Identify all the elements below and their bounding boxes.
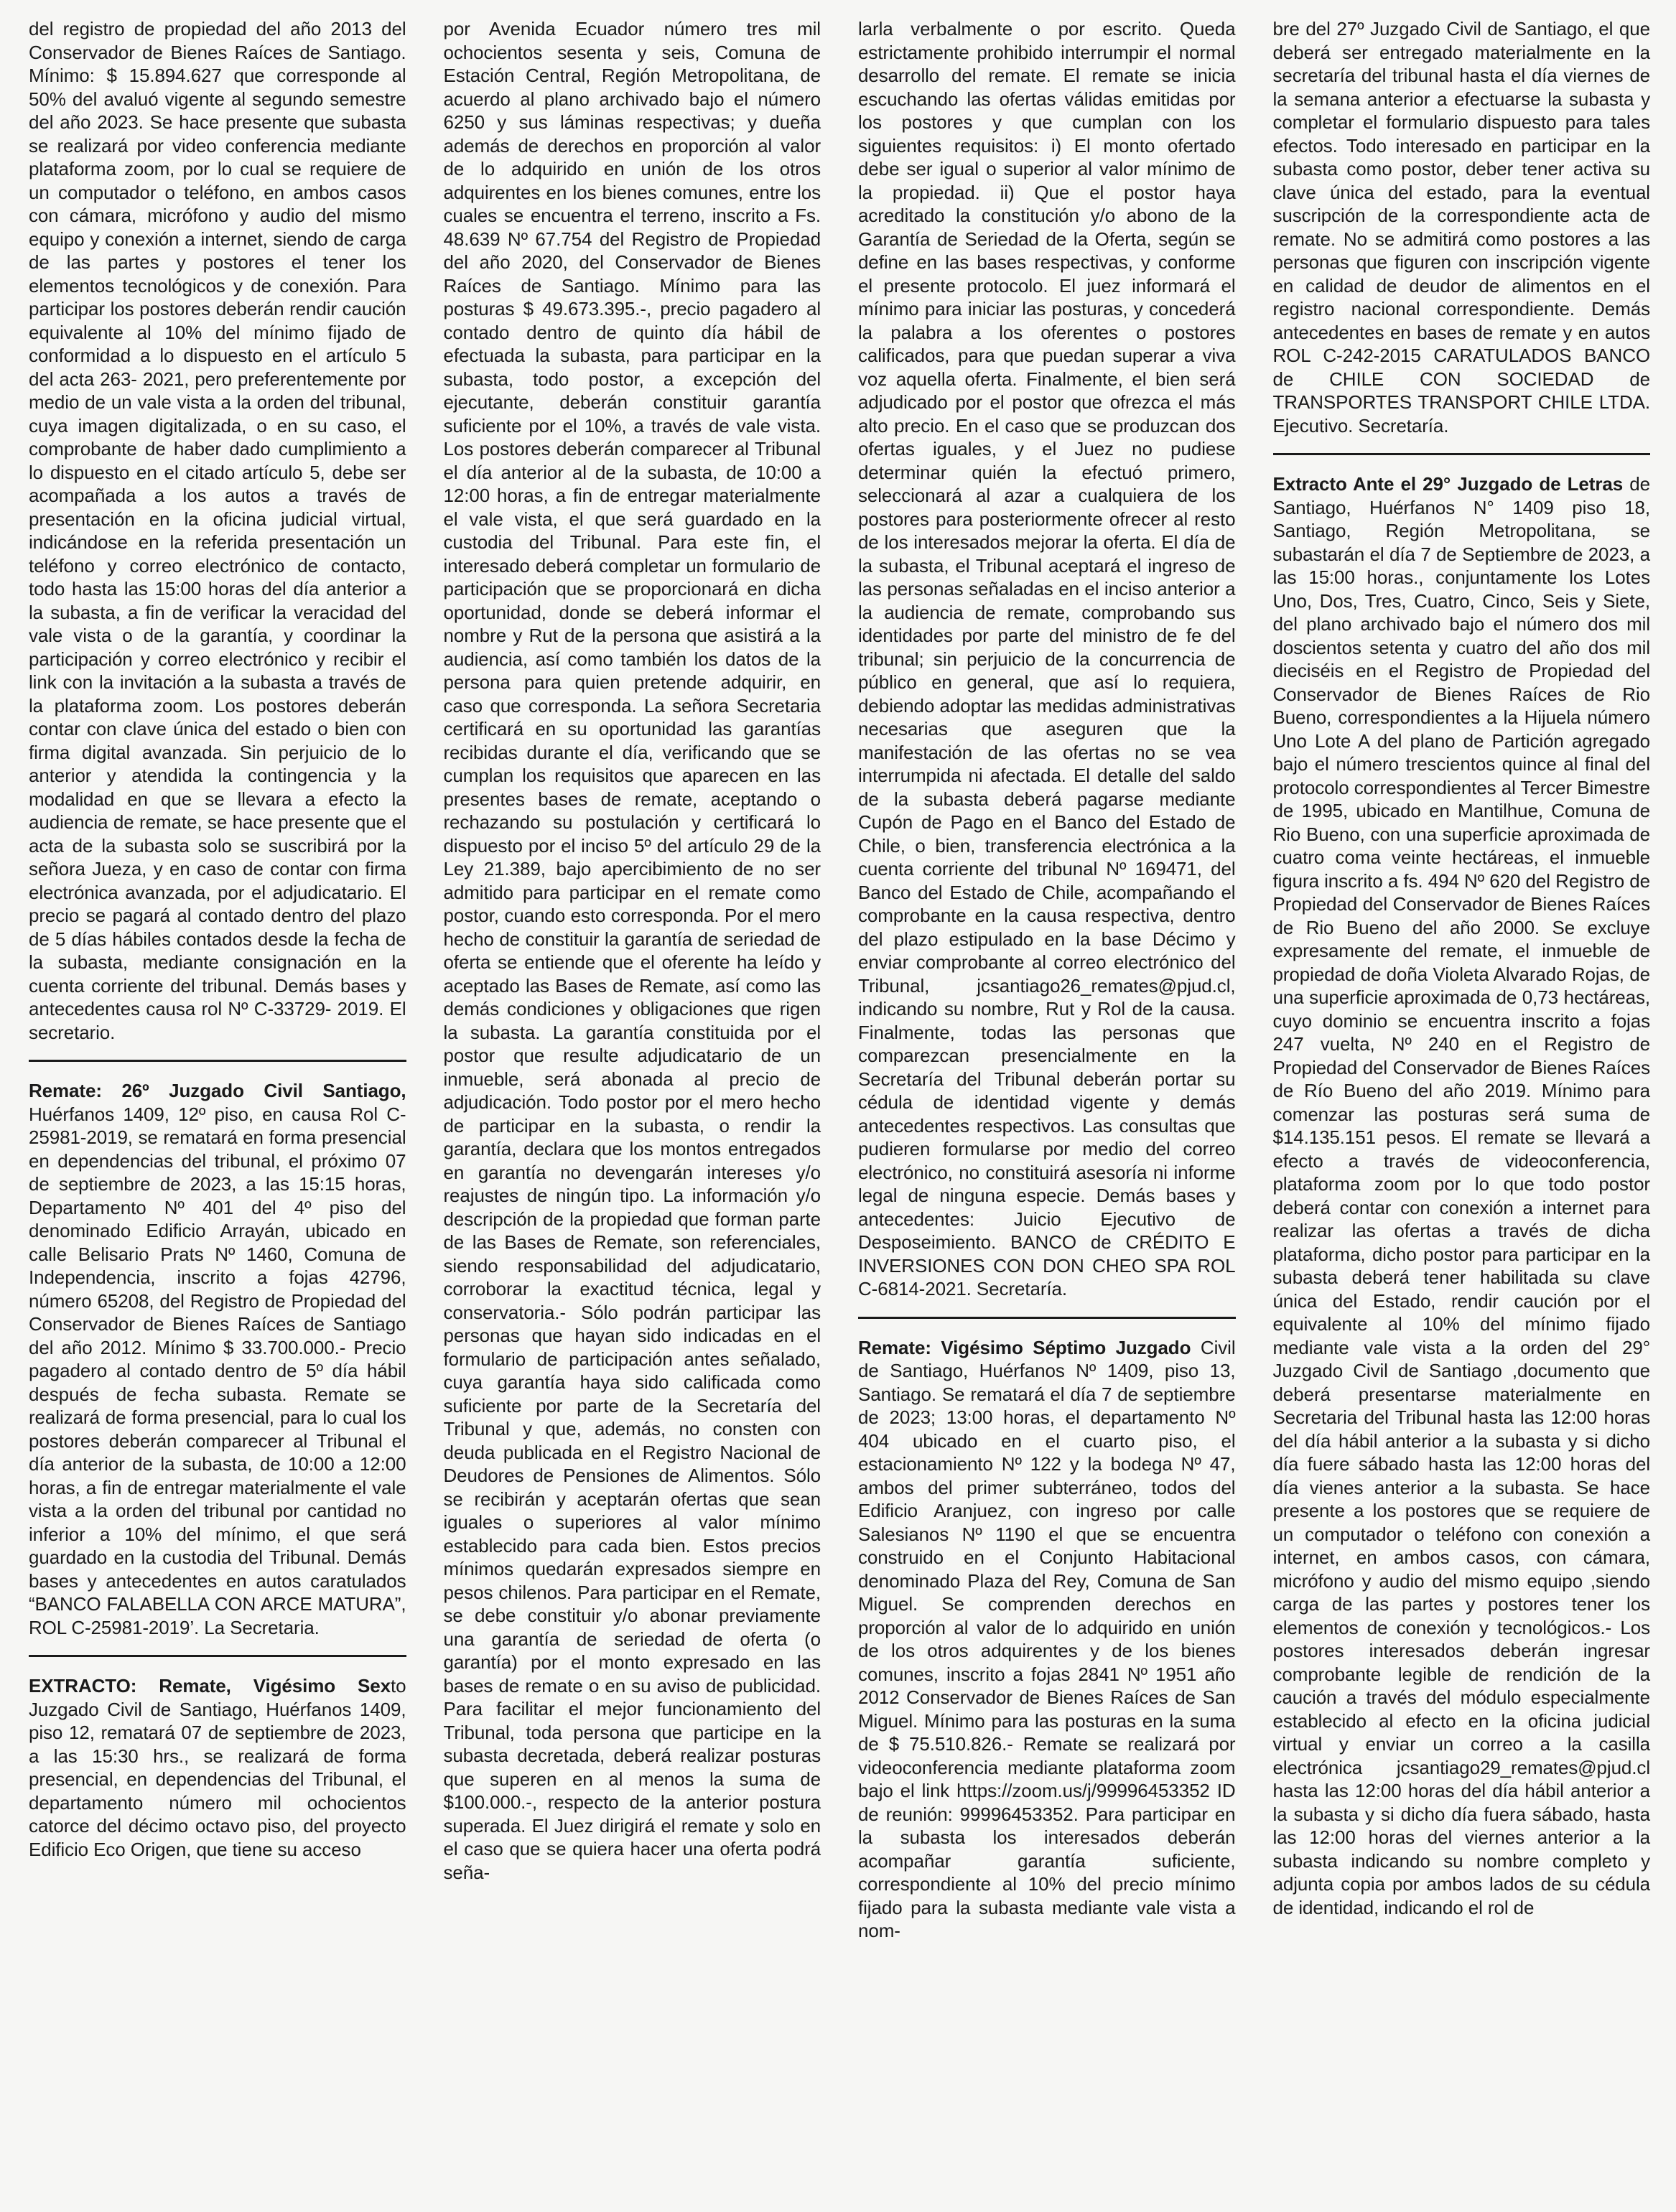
- notice-paragraph-continued: del registro de propiedad del año 2013 d…: [29, 17, 406, 1044]
- notice-title: EXTRACTO: Remate, Vigésimo Sex: [29, 1675, 391, 1697]
- notice-body-text: Huérfanos 1409, 12º piso, en causa Rol C…: [29, 1103, 406, 1638]
- column-4: bre del 27º Juzgado Civil de Santiago, e…: [1273, 17, 1651, 2183]
- notice-body-text: bre del 27º Juzgado Civil de Santiago, e…: [1273, 18, 1651, 437]
- notice-paragraph: Extracto Ante el 29° Juzgado de Letras d…: [1273, 472, 1651, 1919]
- column-3: larla verbalmente o por escrito. Queda e…: [858, 17, 1236, 2183]
- notice-title: Remate: Vigésimo Séptimo Juzgado: [858, 1337, 1191, 1358]
- notice-paragraph-continued: bre del 27º Juzgado Civil de Santiago, e…: [1273, 17, 1651, 437]
- notice-body-text: larla verbalmente o por escrito. Queda e…: [858, 18, 1236, 1299]
- notice-paragraph: EXTRACTO: Remate, Vigésimo Sexto Juzgado…: [29, 1674, 406, 1861]
- notice-separator-rule: [29, 1655, 406, 1657]
- notice-paragraph-continued: por Avenida Ecuador número tres mil ocho…: [444, 17, 821, 1884]
- notice-separator-rule: [1273, 453, 1651, 455]
- column-1: del registro de propiedad del año 2013 d…: [29, 17, 406, 2183]
- notice-body-text: de Santiago, Huérfanos N° 1409 piso 18, …: [1273, 473, 1651, 1918]
- newspaper-legal-notices-page: del registro de propiedad del año 2013 d…: [0, 0, 1676, 2212]
- notice-paragraph-continued: larla verbalmente o por escrito. Queda e…: [858, 17, 1236, 1301]
- notice-paragraph: Remate: Vigésimo Séptimo Juzgado Civil d…: [858, 1336, 1236, 1943]
- notice-separator-rule: [858, 1317, 1236, 1319]
- notice-body-text: del registro de propiedad del año 2013 d…: [29, 18, 406, 1043]
- notice-paragraph: Remate: 26º Juzgado Civil Santiago, Huér…: [29, 1079, 406, 1639]
- column-2: por Avenida Ecuador número tres mil ocho…: [444, 17, 821, 2183]
- columns: del registro de propiedad del año 2013 d…: [29, 17, 1650, 2183]
- notice-body-text: to Juzgado Civil de Santiago, Huérfanos …: [29, 1675, 406, 1860]
- notice-body-text: Civil de Santiago, Huérfanos Nº 1409, pi…: [858, 1337, 1236, 1942]
- notice-body-text: por Avenida Ecuador número tres mil ocho…: [444, 18, 821, 1883]
- notice-title: Remate: 26º Juzgado Civil Santiago,: [29, 1080, 406, 1101]
- notice-title: Extracto Ante el 29° Juzgado de Letras: [1273, 473, 1624, 495]
- notice-separator-rule: [29, 1060, 406, 1062]
